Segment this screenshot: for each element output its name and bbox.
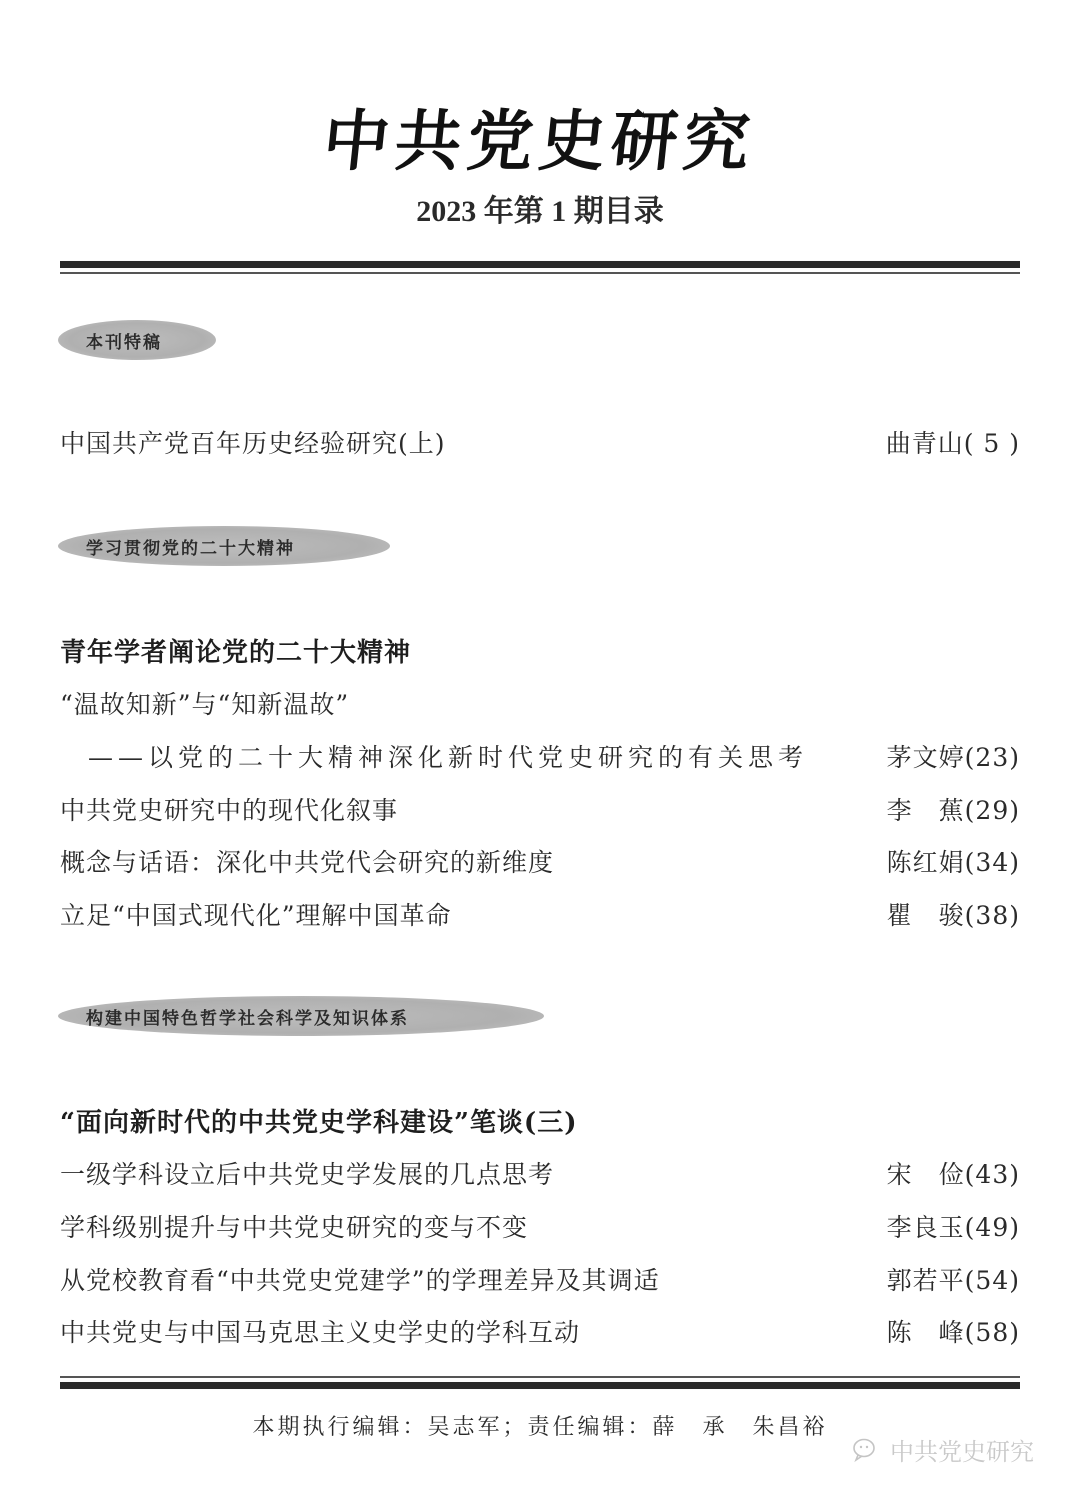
toc-entry[interactable]: 一级学科设立后中共党史学发展的几点思考 宋 俭(43) — [60, 1155, 1020, 1191]
masthead: 中共党史研究 — [0, 88, 1080, 183]
article-title: 中共党史与中国马克思主义史学史的学科互动 — [60, 1313, 580, 1349]
article-author-page: 陈 峰(58) — [887, 1313, 1020, 1349]
toc-entry[interactable]: 立足“中国式现代化”理解中国革命 瞿 骏(38) — [60, 896, 1020, 932]
group-title: “面向新时代的中共党史学科建设”笔谈(三) — [60, 1102, 578, 1139]
article-author-page: 李良玉(49) — [887, 1208, 1020, 1244]
section-label-20th-congress: 学习贯彻党的二十大精神 — [58, 526, 390, 566]
article-subtitle: ——以党的二十大精神深化新时代党史研究的有关思考 — [60, 738, 808, 774]
article-title: “温故知新”与“知新温故” — [60, 685, 349, 721]
article-author-page: 陈红娟(34) — [887, 843, 1020, 879]
article-author-page: 茅文婷(23) — [887, 738, 1020, 774]
article-title: 概念与话语：深化中共党代会研究的新维度 — [60, 843, 554, 879]
article-author-page: 郭若平(54) — [887, 1261, 1020, 1297]
article-author-page: 宋 俭(43) — [887, 1155, 1020, 1191]
article-author-page: 李 蕉(29) — [887, 791, 1020, 827]
toc-entry[interactable]: 中共党史与中国马克思主义史学史的学科互动 陈 峰(58) — [60, 1313, 1020, 1349]
wechat-icon — [852, 1437, 882, 1463]
article-author-page: 曲青山( 5 ) — [886, 424, 1020, 460]
toc-entry[interactable]: 概念与话语：深化中共党代会研究的新维度 陈红娟(34) — [60, 843, 1020, 879]
article-title: 立足“中国式现代化”理解中国革命 — [60, 896, 452, 932]
article-title: 中国共产党百年历史经验研究(上) — [60, 424, 446, 460]
section-label-special-feature: 本刊特稿 — [58, 320, 216, 360]
toc-entry-subtitle[interactable]: ——以党的二十大精神深化新时代党史研究的有关思考 茅文婷(23) — [60, 738, 1020, 774]
top-divider — [60, 261, 1020, 274]
article-title: 从党校教育看“中共党史党建学”的学理差异及其调适 — [60, 1261, 660, 1297]
section-label-knowledge-system: 构建中国特色哲学社会科学及知识体系 — [58, 996, 544, 1036]
toc-entry[interactable]: 学科级别提升与中共党史研究的变与不变 李良玉(49) — [60, 1208, 1020, 1244]
wechat-watermark: 中共党史研究 — [852, 1432, 1034, 1467]
group-title: 青年学者阐论党的二十大精神 — [60, 632, 411, 669]
toc-entry[interactable]: 中共党史研究中的现代化叙事 李 蕉(29) — [60, 791, 1020, 827]
issue-title: 2023 年第 1 期目录 — [0, 186, 1080, 230]
article-title: 学科级别提升与中共党史研究的变与不变 — [60, 1208, 528, 1244]
article-author-page: 瞿 骏(38) — [887, 896, 1020, 932]
article-title: 中共党史研究中的现代化叙事 — [60, 791, 398, 827]
toc-entry[interactable]: 中国共产党百年历史经验研究(上) 曲青山( 5 ) — [60, 424, 1020, 460]
bottom-divider — [60, 1376, 1020, 1389]
article-title: 一级学科设立后中共党史学发展的几点思考 — [60, 1155, 554, 1191]
toc-entry[interactable]: 从党校教育看“中共党史党建学”的学理差异及其调适 郭若平(54) — [60, 1261, 1020, 1297]
toc-entry[interactable]: “温故知新”与“知新温故” — [60, 685, 1020, 721]
watermark-text: 中共党史研究 — [890, 1432, 1034, 1467]
